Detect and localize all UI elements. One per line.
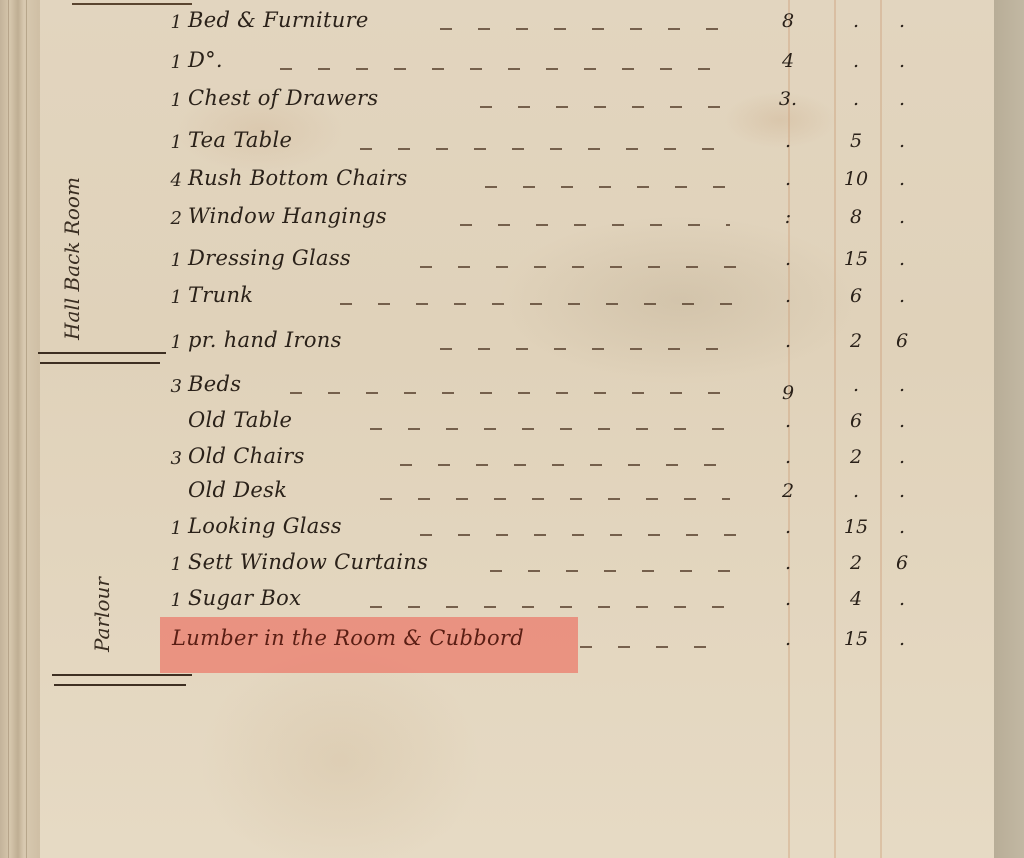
item-name: Sugar Box bbox=[188, 586, 301, 610]
amount-pounds: 2 bbox=[768, 480, 808, 502]
item-name: Chest of Drawers bbox=[188, 86, 378, 110]
item-quantity: 1 bbox=[162, 250, 182, 271]
dash-leader bbox=[340, 303, 740, 305]
amount-pence: . bbox=[882, 285, 922, 307]
amount-shillings: 2 bbox=[836, 330, 876, 352]
item-name: Tea Table bbox=[188, 128, 292, 152]
amount-pence: . bbox=[882, 374, 922, 396]
amount-pounds: 3. bbox=[768, 88, 808, 110]
item-quantity: 1 bbox=[162, 590, 182, 611]
amount-pence: . bbox=[882, 516, 922, 538]
ledger-row: 3 Old Chairs . 2 . bbox=[40, 444, 994, 480]
amount-pounds: . bbox=[768, 588, 808, 610]
ledger-row: 3 Beds 9 . . bbox=[40, 372, 994, 408]
item-name: Bed & Furniture bbox=[188, 8, 369, 32]
ledger-row: 1 Sugar Box . 4 . bbox=[40, 586, 994, 622]
amount-pounds: : bbox=[768, 206, 808, 228]
item-name: Old Table bbox=[188, 408, 292, 432]
item-name: Old Desk bbox=[188, 478, 287, 502]
dash-leader bbox=[440, 348, 730, 350]
book-binding bbox=[0, 0, 41, 858]
ledger-row: 1 Dressing Glass . 15 . bbox=[40, 246, 994, 282]
amount-pounds: . bbox=[768, 330, 808, 352]
amount-pounds: . bbox=[768, 130, 808, 152]
dash-leader bbox=[580, 646, 730, 648]
dash-leader bbox=[480, 106, 720, 108]
amount-pence: . bbox=[882, 50, 922, 72]
amount-shillings: . bbox=[836, 10, 876, 32]
amount-pounds: . bbox=[768, 248, 808, 270]
amount-pounds: . bbox=[768, 168, 808, 190]
amount-pence: . bbox=[882, 588, 922, 610]
dash-leader bbox=[485, 186, 735, 188]
amount-pence: . bbox=[882, 206, 922, 228]
item-name: Old Chairs bbox=[188, 444, 305, 468]
amount-pounds: 8 bbox=[768, 10, 808, 32]
amount-shillings: 4 bbox=[836, 588, 876, 610]
amount-shillings: . bbox=[836, 374, 876, 396]
item-quantity: 3 bbox=[162, 448, 182, 469]
ledger-row: 1 Trunk . 6 . bbox=[40, 283, 994, 319]
amount-pounds: . bbox=[768, 552, 808, 574]
amount-shillings: 15 bbox=[836, 628, 876, 650]
amount-pence: . bbox=[882, 168, 922, 190]
item-quantity: 1 bbox=[162, 52, 182, 73]
item-name: Looking Glass bbox=[188, 514, 342, 538]
amount-pounds: . bbox=[768, 628, 808, 650]
dash-leader bbox=[400, 464, 730, 466]
amount-shillings: 2 bbox=[836, 446, 876, 468]
ledger-row: 4 Rush Bottom Chairs . 10 . bbox=[40, 166, 994, 202]
binding-crease bbox=[8, 0, 9, 858]
amount-shillings: 2 bbox=[836, 552, 876, 574]
amount-pence: . bbox=[882, 446, 922, 468]
ledger-row: 1 pr. hand Irons . 2 6 bbox=[40, 328, 994, 364]
item-name: Trunk bbox=[188, 283, 253, 307]
item-name: Window Hangings bbox=[188, 204, 387, 228]
amount-shillings: . bbox=[836, 50, 876, 72]
item-name: D°. bbox=[188, 48, 223, 72]
item-quantity: 2 bbox=[162, 208, 182, 229]
dash-leader bbox=[360, 148, 740, 150]
dash-leader bbox=[280, 68, 730, 70]
ledger-row: 1 Tea Table . 5 . bbox=[40, 128, 994, 164]
binding-crease bbox=[26, 0, 27, 858]
item-name: Beds bbox=[188, 372, 241, 396]
ledger-row: Old Table . 6 . bbox=[40, 408, 994, 444]
item-quantity: 3 bbox=[162, 376, 182, 397]
ledger-row-highlighted: Lumber in the Room & Cubbord . 15 . bbox=[40, 626, 994, 662]
item-quantity: 1 bbox=[162, 132, 182, 153]
amount-pence: 6 bbox=[882, 330, 922, 352]
item-name: Dressing Glass bbox=[188, 246, 351, 270]
item-quantity: 1 bbox=[162, 332, 182, 353]
ledger-page: Hall Back Room Parlour 1 Bed & Furniture… bbox=[40, 0, 994, 858]
amount-pence: . bbox=[882, 10, 922, 32]
amount-shillings: 8 bbox=[836, 206, 876, 228]
dash-leader bbox=[370, 606, 730, 608]
page-edge bbox=[994, 0, 1024, 858]
amount-pounds: 9 bbox=[768, 382, 808, 404]
amount-pounds: 4 bbox=[768, 50, 808, 72]
amount-shillings: 6 bbox=[836, 410, 876, 432]
item-quantity: 1 bbox=[162, 518, 182, 539]
item-name: Rush Bottom Chairs bbox=[188, 166, 408, 190]
dash-leader bbox=[380, 498, 730, 500]
amount-pounds: . bbox=[768, 410, 808, 432]
ledger-row: Old Desk 2 . . bbox=[40, 478, 994, 514]
amount-shillings: 15 bbox=[836, 516, 876, 538]
amount-pence: 6 bbox=[882, 552, 922, 574]
amount-shillings: . bbox=[836, 480, 876, 502]
amount-shillings: 6 bbox=[836, 285, 876, 307]
dash-leader bbox=[290, 392, 730, 394]
amount-pence: . bbox=[882, 248, 922, 270]
item-name: Lumber in the Room & Cubbord bbox=[172, 626, 524, 650]
amount-pence: . bbox=[882, 88, 922, 110]
top-rule bbox=[72, 3, 192, 5]
amount-shillings: 10 bbox=[836, 168, 876, 190]
ledger-row: 1 Sett Window Curtains . 2 6 bbox=[40, 550, 994, 586]
dash-leader bbox=[460, 224, 730, 226]
item-quantity: 1 bbox=[162, 554, 182, 575]
amount-pence: . bbox=[882, 410, 922, 432]
item-quantity: 1 bbox=[162, 12, 182, 33]
amount-pounds: . bbox=[768, 285, 808, 307]
dash-leader bbox=[420, 534, 740, 536]
room-divider bbox=[54, 684, 186, 686]
ledger-row: 1 Bed & Furniture 8 . . bbox=[40, 8, 994, 44]
item-name: Sett Window Curtains bbox=[188, 550, 428, 574]
item-name: pr. hand Irons bbox=[188, 328, 342, 352]
amount-pence: . bbox=[882, 480, 922, 502]
item-quantity: 1 bbox=[162, 287, 182, 308]
ledger-row: 1 D°. 4 . . bbox=[40, 48, 994, 84]
item-quantity: 4 bbox=[162, 170, 182, 191]
amount-pounds: . bbox=[768, 516, 808, 538]
item-quantity: 1 bbox=[162, 90, 182, 111]
dash-leader bbox=[490, 570, 740, 572]
amount-shillings: . bbox=[836, 88, 876, 110]
amount-pence: . bbox=[882, 130, 922, 152]
amount-shillings: 15 bbox=[836, 248, 876, 270]
ledger-row: 1 Looking Glass . 15 . bbox=[40, 514, 994, 550]
amount-pence: . bbox=[882, 628, 922, 650]
dash-leader bbox=[420, 266, 740, 268]
ledger-row: 1 Chest of Drawers 3. . . bbox=[40, 86, 994, 122]
ledger-row: 2 Window Hangings : 8 . bbox=[40, 204, 994, 240]
dash-leader bbox=[440, 28, 730, 30]
amount-shillings: 5 bbox=[836, 130, 876, 152]
amount-pounds: . bbox=[768, 446, 808, 468]
dash-leader bbox=[370, 428, 730, 430]
room-divider bbox=[52, 674, 192, 676]
